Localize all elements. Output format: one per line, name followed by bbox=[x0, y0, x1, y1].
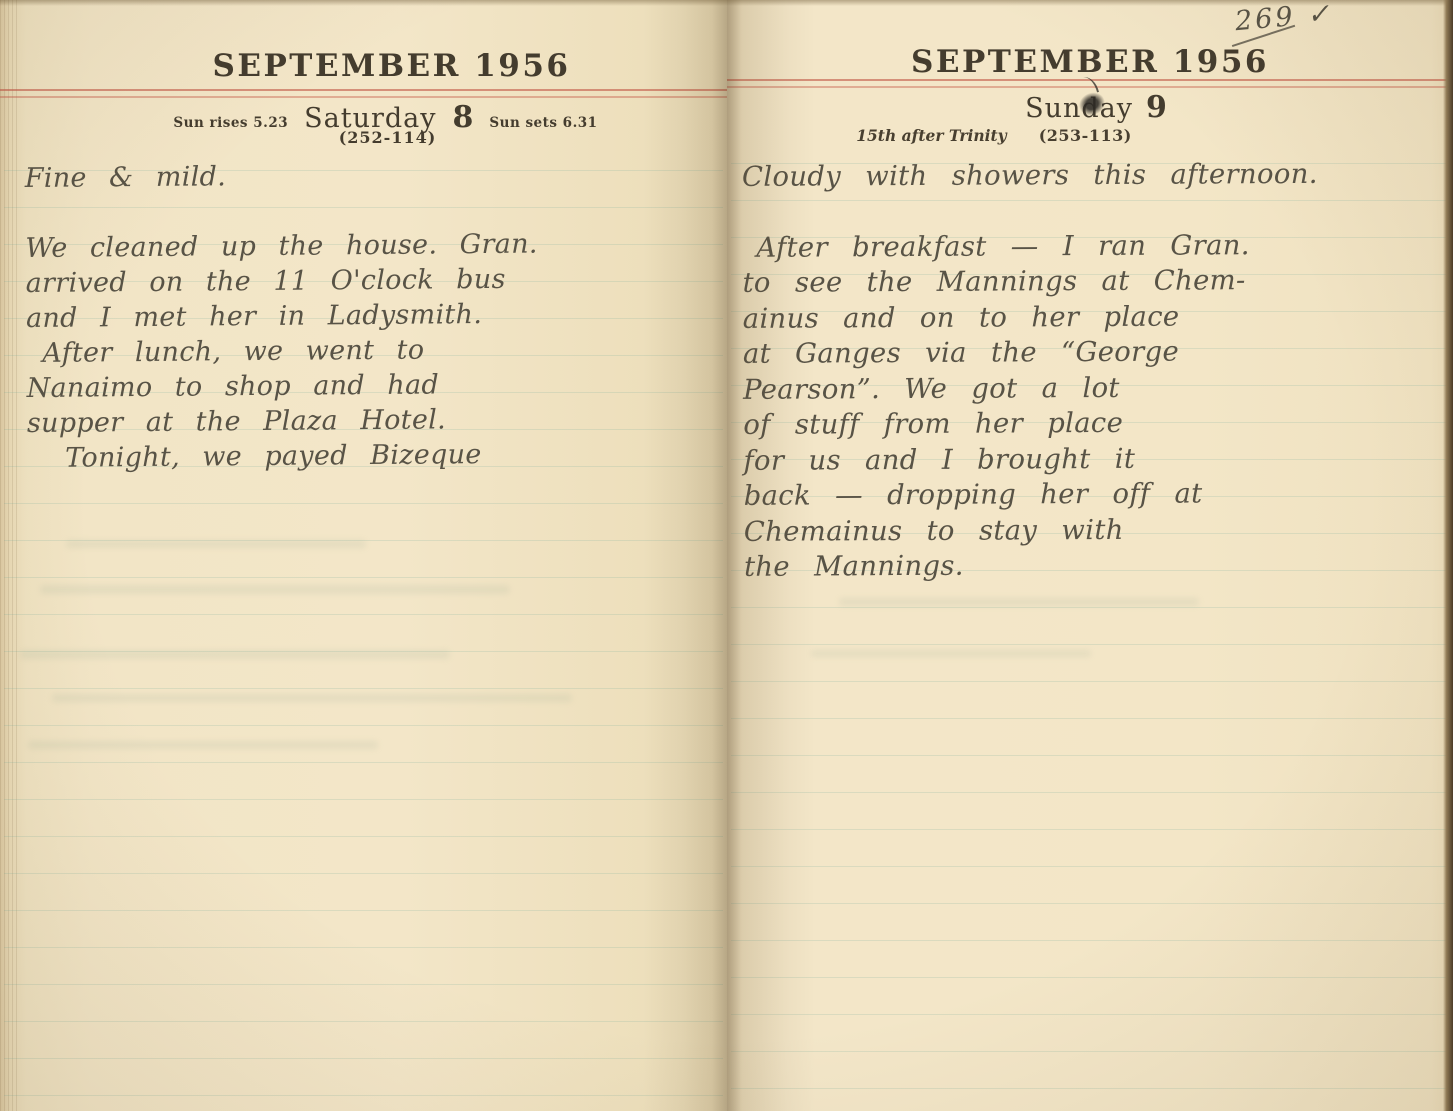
entry-line: We cleaned up the house. Gran. bbox=[25, 225, 719, 266]
trinity-note: 15th after Trinity bbox=[856, 126, 1006, 145]
entry-line: After lunch, we went to bbox=[42, 330, 720, 371]
entry-line: of stuff from her place bbox=[743, 404, 1451, 443]
entry-text: Fine & mild.We cleaned up the house. Gra… bbox=[25, 155, 722, 476]
entry-line: and I met her in Ladysmith. bbox=[26, 295, 720, 336]
entry-line: arrived on the 11 O'clock bus bbox=[26, 260, 720, 301]
entry-line: Fine & mild. bbox=[25, 155, 719, 196]
entry-line: back — dropping her off at bbox=[744, 475, 1452, 514]
right-cover-edge bbox=[1443, 0, 1453, 1111]
day-header: Sunday 9 bbox=[733, 90, 1453, 125]
day-name: Sunday bbox=[1025, 93, 1133, 124]
entry-line: Nanaimo to shop and had bbox=[26, 365, 720, 406]
red-rule bbox=[0, 89, 727, 98]
entry-line: to see the Mannings at Chem- bbox=[742, 262, 1450, 301]
entry-line: Cloudy with showers this afternoon. bbox=[742, 156, 1450, 195]
corner-annotation: 269 ✓ bbox=[1234, 0, 1334, 37]
entry-line: Tonight, we payed Bizeque bbox=[65, 435, 721, 476]
page-right: 269 ✓ SEPTEMBER 1956 Sunday 9 15th after… bbox=[727, 0, 1453, 1111]
day-number: 9 bbox=[1146, 90, 1167, 125]
entry-line: supper at the Plaza Hotel. bbox=[27, 400, 721, 441]
month-header: SEPTEMBER 1956 bbox=[727, 44, 1453, 80]
page-left: SEPTEMBER 1956 Sun rises 5.23 Saturday 8… bbox=[0, 0, 727, 1111]
entry-line: ainus and on to her place bbox=[743, 298, 1451, 337]
entry-line: Chemainus to stay with bbox=[744, 511, 1452, 550]
entry-line: Pearson”. We got a lot bbox=[743, 369, 1451, 408]
entry-text: Cloudy with showers this afternoon.After… bbox=[742, 156, 1452, 585]
entry-line: at Ganges via the “George bbox=[743, 333, 1451, 372]
corner-annotation-text: 269 ✓ bbox=[1234, 0, 1334, 37]
month-header: SEPTEMBER 1956 bbox=[28, 48, 755, 84]
liturgical-row: 15th after Trinity (253-113) bbox=[631, 126, 1357, 145]
entry-line: for us and I brought it bbox=[743, 440, 1451, 479]
diary-scan: SEPTEMBER 1956 Sun rises 5.23 Saturday 8… bbox=[0, 0, 1453, 1111]
entry-line: the Mannings. bbox=[744, 546, 1452, 585]
day-of-year: (253-113) bbox=[1039, 126, 1132, 145]
entry-line bbox=[742, 192, 1450, 231]
entry-line bbox=[25, 190, 719, 231]
entry-line: After breakfast — I ran Gran. bbox=[756, 227, 1450, 266]
